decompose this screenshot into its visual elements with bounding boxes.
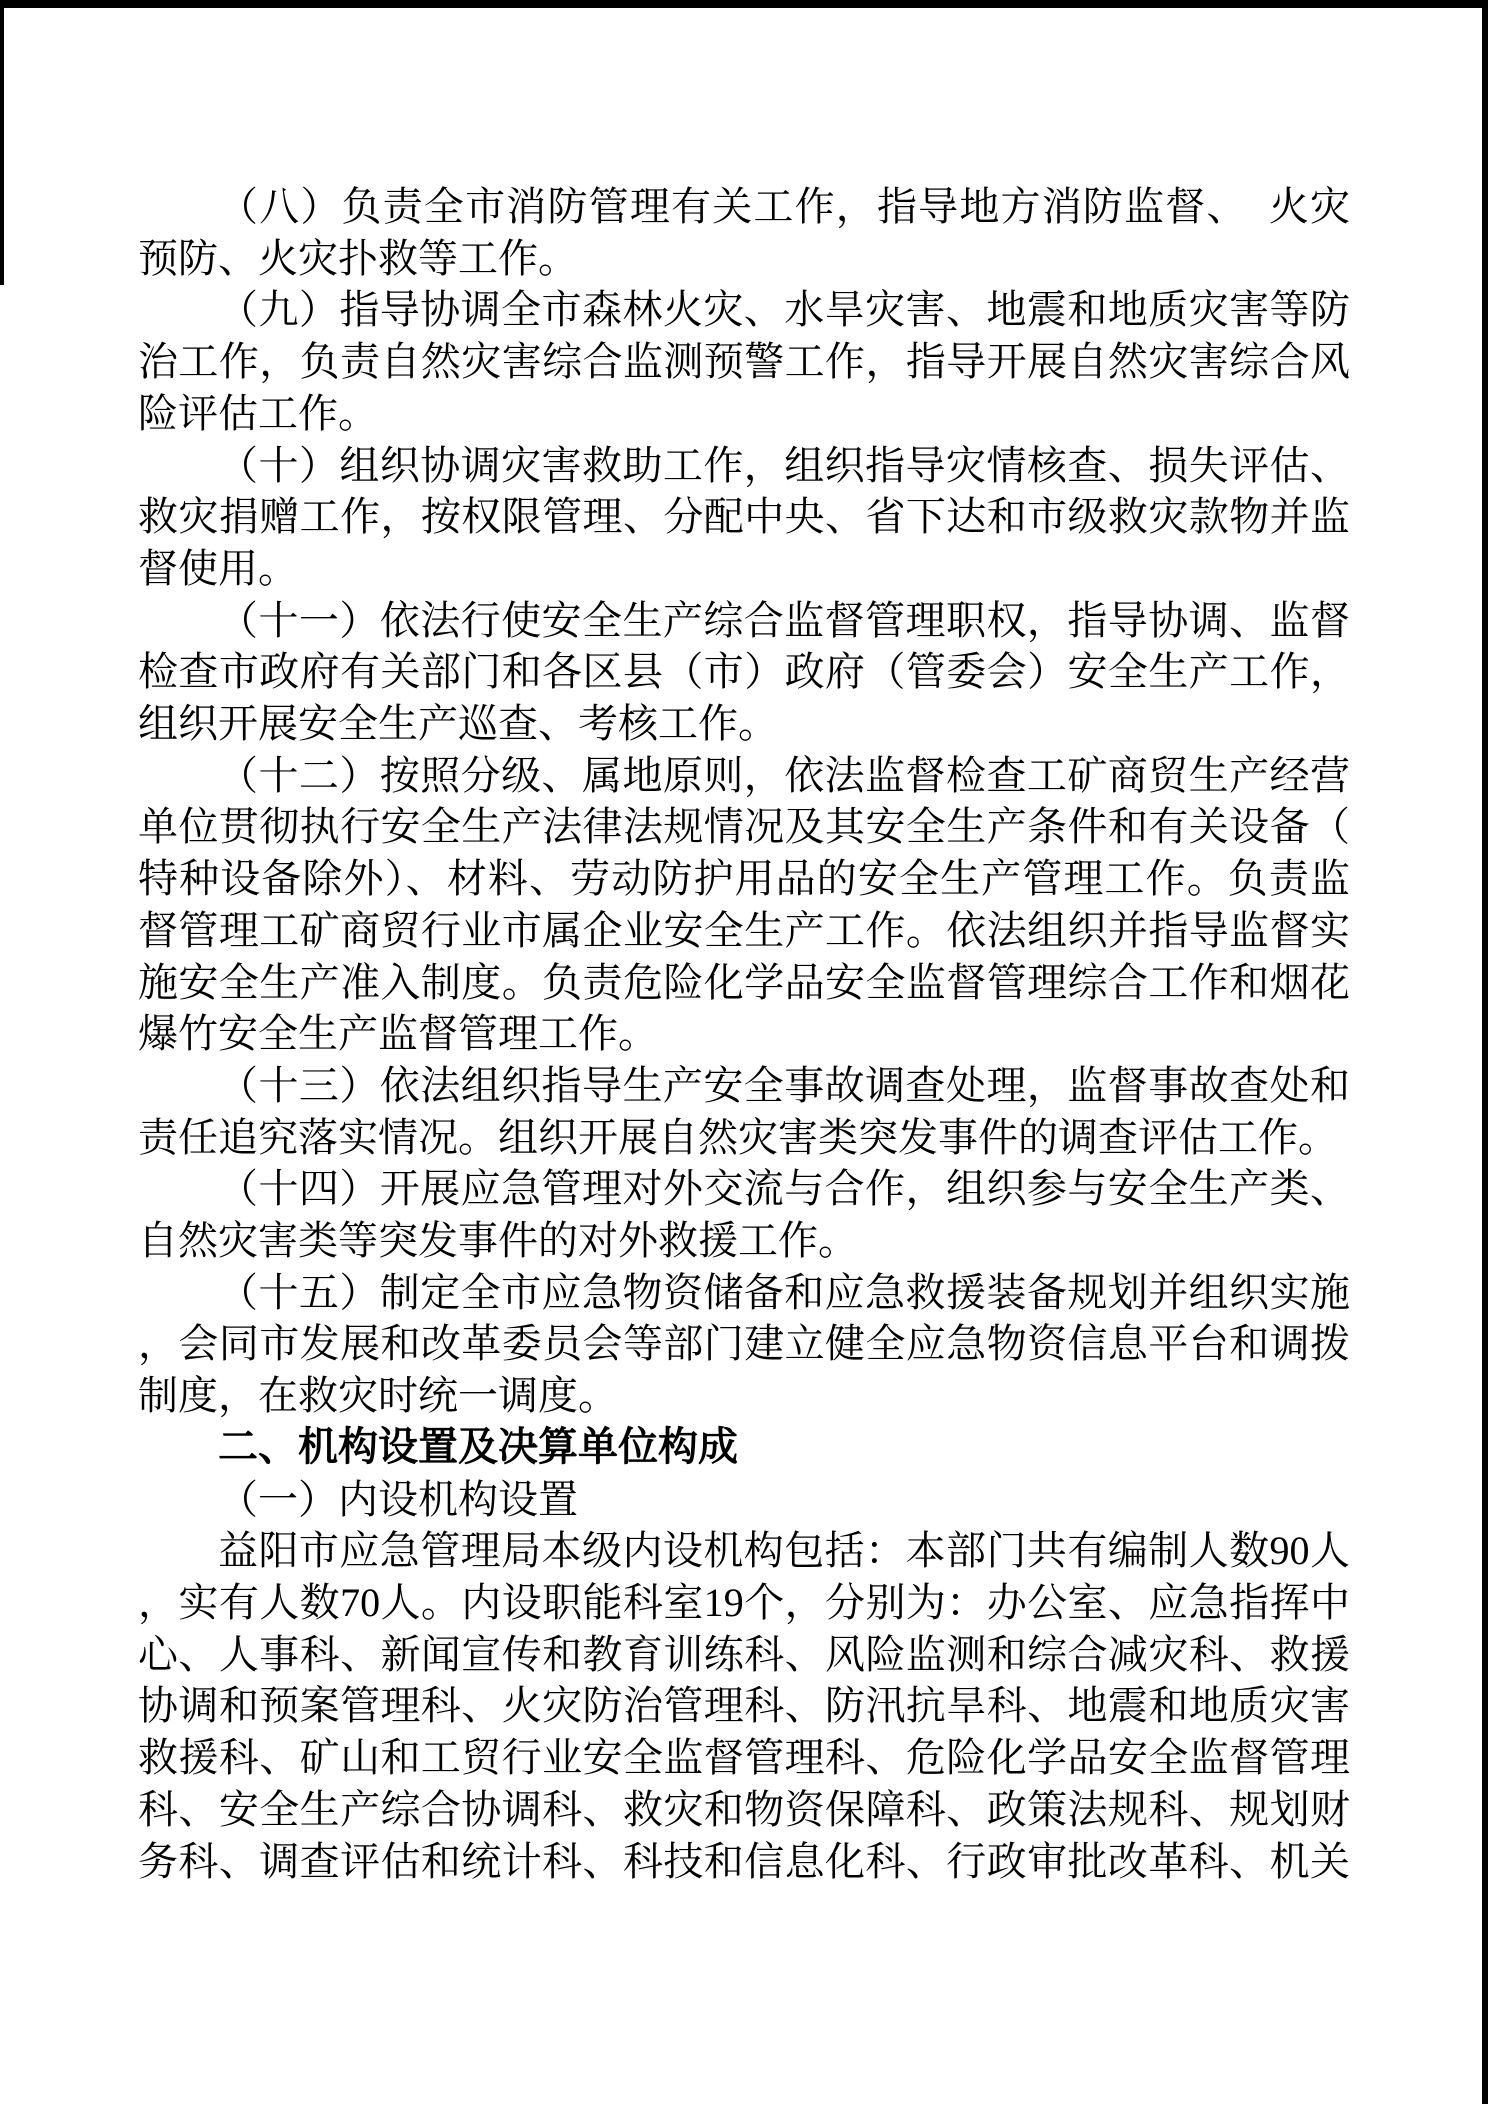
text-line: （九）指导协调全市森林火灾、水旱灾害、地震和地质灾害等防 bbox=[138, 284, 1350, 336]
text-line: 治工作，负责自然灾害综合监测预警工作，指导开展自然灾害综合风 bbox=[138, 336, 1350, 388]
text-line: ，会同市发展和改革委员会等部门建立健全应急物资信息平台和调拨 bbox=[138, 1318, 1350, 1370]
paragraph: 益阳市应急管理局本级内设机构包括：本部门共有编制人数90人，实有人数70人。内设… bbox=[138, 1525, 1350, 1887]
paragraph: （十三）依法组织指导生产安全事故调查处理，监督事故查处和责任追究落实情况。组织开… bbox=[138, 1060, 1350, 1163]
document-body: （八）负责全市消防管理有关工作，指导地方消防监督、 火灾预防、火灾扑救等工作。（… bbox=[138, 181, 1350, 1887]
subsection-heading: （一）内设机构设置 bbox=[138, 1474, 1350, 1526]
text-line: 检查市政府有关部门和各区县（市）政府（管委会）安全生产工作， bbox=[138, 646, 1350, 698]
paragraph: （十一）依法行使安全生产综合监督管理职权，指导协调、监督检查市政府有关部门和各区… bbox=[138, 595, 1350, 750]
text-line: （十二）按照分级、属地原则，依法监督检查工矿商贸生产经营 bbox=[138, 750, 1350, 802]
paragraph: （十二）按照分级、属地原则，依法监督检查工矿商贸生产经营单位贯彻执行安全生产法律… bbox=[138, 750, 1350, 1060]
text-line: （十一）依法行使安全生产综合监督管理职权，指导协调、监督 bbox=[138, 595, 1350, 647]
scan-edge-top bbox=[0, 0, 1488, 8]
text-line: 制度，在救灾时统一调度。 bbox=[138, 1370, 1350, 1422]
text-line: （十四）开展应急管理对外交流与合作，组织参与安全生产类、 bbox=[138, 1163, 1350, 1215]
text-line: 救灾捐赠工作，按权限管理、分配中央、省下达和市级救灾款物并监 bbox=[138, 491, 1350, 543]
text-line: 务科、调查评估和统计科、科技和信息化科、行政审批改革科、机关 bbox=[138, 1836, 1350, 1888]
paragraph: （十四）开展应急管理对外交流与合作，组织参与安全生产类、自然灾害类等突发事件的对… bbox=[138, 1163, 1350, 1266]
scan-edge-right bbox=[1482, 0, 1488, 2104]
text-line: 科、安全生产综合协调科、救灾和物资保障科、政策法规科、规划财 bbox=[138, 1784, 1350, 1836]
text-line: 施安全生产准入制度。负责危险化学品安全监督管理综合工作和烟花 bbox=[138, 957, 1350, 1009]
paragraph: （八）负责全市消防管理有关工作，指导地方消防监督、 火灾预防、火灾扑救等工作。 bbox=[138, 181, 1350, 284]
document-page: （八）负责全市消防管理有关工作，指导地方消防监督、 火灾预防、火灾扑救等工作。（… bbox=[0, 0, 1488, 2104]
paragraph: （十）组织协调灾害救助工作，组织指导灾情核查、损失评估、救灾捐赠工作，按权限管理… bbox=[138, 440, 1350, 595]
section-heading: 二、机构设置及决算单位构成 bbox=[138, 1422, 1350, 1474]
text-line: 协调和预案管理科、火灾防治管理科、防汛抗旱科、地震和地质灾害 bbox=[138, 1680, 1350, 1732]
text-line: 心、人事科、新闻宣传和教育训练科、风险监测和综合减灾科、救援 bbox=[138, 1629, 1350, 1681]
text-line: 预防、火灾扑救等工作。 bbox=[138, 233, 1350, 285]
text-line: （十五）制定全市应急物资储备和应急救援装备规划并组织实施 bbox=[138, 1267, 1350, 1319]
paragraph: （十五）制定全市应急物资储备和应急救援装备规划并组织实施，会同市发展和改革委员会… bbox=[138, 1267, 1350, 1422]
text-line: 益阳市应急管理局本级内设机构包括：本部门共有编制人数90人 bbox=[138, 1525, 1350, 1577]
text-line: 二、机构设置及决算单位构成 bbox=[138, 1422, 1350, 1474]
text-line: （一）内设机构设置 bbox=[138, 1474, 1350, 1526]
paragraph: （九）指导协调全市森林火灾、水旱灾害、地震和地质灾害等防治工作，负责自然灾害综合… bbox=[138, 284, 1350, 439]
text-line: （十）组织协调灾害救助工作，组织指导灾情核查、损失评估、 bbox=[138, 440, 1350, 492]
text-line: ，实有人数70人。内设职能科室19个，分别为：办公室、应急指挥中 bbox=[138, 1577, 1350, 1629]
text-line: 救援科、矿山和工贸行业安全监督管理科、危险化学品安全监督管理 bbox=[138, 1732, 1350, 1784]
text-line: （八）负责全市消防管理有关工作，指导地方消防监督、 火灾 bbox=[138, 181, 1350, 233]
text-line: 自然灾害类等突发事件的对外救援工作。 bbox=[138, 1215, 1350, 1267]
text-line: 责任追究落实情况。组织开展自然灾害类突发事件的调查评估工作。 bbox=[138, 1112, 1350, 1164]
text-line: 督管理工矿商贸行业市属企业安全生产工作。依法组织并指导监督实 bbox=[138, 905, 1350, 957]
text-line: 特种设备除外）、材料、劳动防护用品的安全生产管理工作。负责监 bbox=[138, 853, 1350, 905]
text-line: 督使用。 bbox=[138, 543, 1350, 595]
text-line: 爆竹安全生产监督管理工作。 bbox=[138, 1008, 1350, 1060]
text-line: 险评估工作。 bbox=[138, 388, 1350, 440]
text-line: 组织开展安全生产巡查、考核工作。 bbox=[138, 698, 1350, 750]
text-line: （十三）依法组织指导生产安全事故调查处理，监督事故查处和 bbox=[138, 1060, 1350, 1112]
scan-edge-left bbox=[0, 0, 4, 285]
text-line: 单位贯彻执行安全生产法律法规情况及其安全生产条件和有关设备（ bbox=[138, 801, 1350, 853]
